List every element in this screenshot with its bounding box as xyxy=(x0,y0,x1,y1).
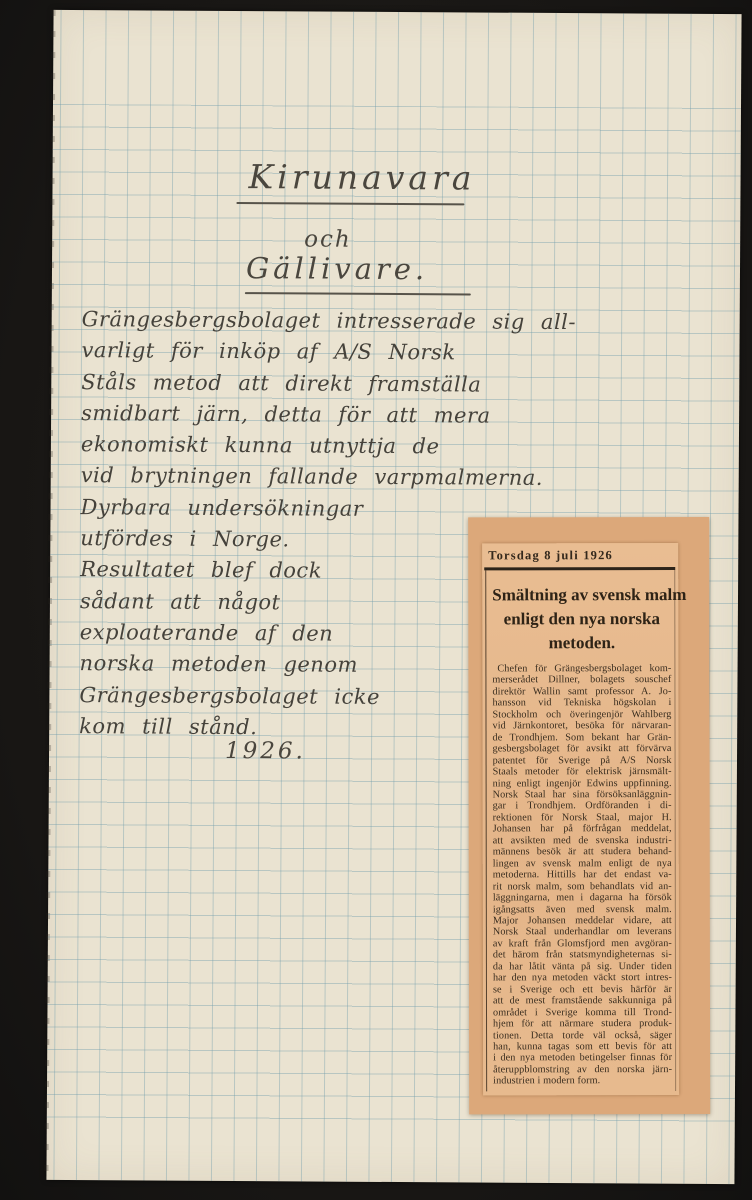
clipping-date: Torsdag 8 juli 1926 xyxy=(488,548,613,563)
body-line: tionen. Detta torde väl också, säger xyxy=(493,1030,672,1042)
body-line: metoderna. Hittills har det endast va- xyxy=(493,869,672,881)
body-line: av kraft från Glomsfjord men avgöran- xyxy=(493,938,672,950)
page-title-place2: Gällivare. xyxy=(246,251,428,286)
page-title-place1: Kirunavara xyxy=(248,157,475,197)
clipping-column: Smältning av svensk malmenligt den nya n… xyxy=(485,570,676,1091)
body-line: att de mest framstående sakkunniga på xyxy=(493,995,672,1007)
clipping-headline: Smältning av svensk malmenligt den nya n… xyxy=(492,583,671,655)
handwritten-year: 1926. xyxy=(225,738,306,764)
body-line: Norsk Staal underhandlar om leverans xyxy=(493,926,672,938)
handwriting-line: Resultatet blef dock xyxy=(80,554,535,588)
handwriting-line: Grängesbergsbolaget icke xyxy=(79,680,534,714)
body-line: männens besök är att studera behand- xyxy=(493,846,672,858)
newsprint-sheet: Torsdag 8 juli 1926 Smältning av svensk … xyxy=(482,543,679,1095)
body-line: gar i Trondhjem. Ordföranden i di- xyxy=(493,800,672,812)
body-line: igångsatts även med svensk malm. xyxy=(493,904,672,916)
body-line: direktör Wallin samt professor A. Jo- xyxy=(492,686,671,698)
body-line: Chefen för Grängesbergsbolaget kom- xyxy=(492,663,671,675)
body-line: Major Johansen meddelar vidare, att xyxy=(493,915,672,927)
body-line: hjem för att närmare studera produk- xyxy=(493,1018,672,1030)
handwriting-line: varligt för inköp af A/S Norsk xyxy=(81,335,536,369)
handwriting-line: vid brytningen fallande varpmalmerna. xyxy=(81,461,536,495)
body-line: rektionen för Norsk Staal, major H. xyxy=(493,812,672,824)
page-title-conjunction: och xyxy=(304,226,352,252)
body-line: se i Sverige och ett bevis härför är xyxy=(493,984,672,996)
body-line: merserådet Dillner, bolagets souschef xyxy=(492,675,671,687)
paper-deckle-edge xyxy=(44,10,55,1180)
title-underline xyxy=(236,202,464,205)
handwriting-line: norska metoden genom xyxy=(79,648,534,682)
handwriting-line: smidbart järn, detta för att mera xyxy=(81,398,536,432)
body-line: det härom från statsmyndigheternas si- xyxy=(493,949,672,961)
headline-line: Smältning av svensk malm xyxy=(492,583,671,607)
body-line: Norsk Staal har sina försöksanläggnin- xyxy=(493,789,672,801)
body-line: Stockholm och överingenjör Wahlberg xyxy=(492,709,671,721)
body-line: industrien i modern form. xyxy=(493,1075,672,1087)
notebook-page: Kirunavara och Gällivare. Grängesbergsbo… xyxy=(46,10,741,1184)
body-line: vid Järnkontoret, besöka för närvaran- xyxy=(493,720,672,732)
body-line: han, kunna tagas som ett bevis för att xyxy=(493,1041,672,1053)
body-line: rit norsk malm, som behandlats vid an- xyxy=(493,881,672,893)
clipping-body: Chefen för Grängesbergsbolaget kom-merse… xyxy=(492,663,672,1087)
body-line: har den nya metoden väckt stort intres- xyxy=(493,972,672,984)
body-line: de Trondhjem. Som bekant har Grän- xyxy=(493,732,672,744)
body-line: da har låtit vänta på sig. Under tiden xyxy=(493,961,672,973)
photo-background: Kirunavara och Gällivare. Grängesbergsbo… xyxy=(0,0,752,1200)
headline-line: enligt den nya norska xyxy=(492,607,671,631)
handwriting-line: ekonomiskt kunna utnyttja de xyxy=(81,429,536,463)
handwriting-line: Ståls metod att direkt framställa xyxy=(81,367,536,401)
body-line: ning enligt ingenjör Edwins uppfinning. xyxy=(493,778,672,790)
body-line: att avsikten med de svenska industri- xyxy=(493,835,672,847)
body-line: området i Sverige komma till Trond- xyxy=(493,1007,672,1019)
title-underline xyxy=(245,292,471,295)
body-line: lingen av svensk malm enligt de nya xyxy=(493,858,672,870)
body-line: Staals metoder för elektrisk järnsmält- xyxy=(493,766,672,778)
handwriting-line: Grängesbergsbolaget intresserade sig all… xyxy=(82,304,537,338)
body-line: patentet för Sverige på A/S Norsk xyxy=(493,755,672,767)
handwriting-line: utfördes i Norge. xyxy=(80,523,535,557)
newspaper-clipping: Torsdag 8 juli 1926 Smältning av svensk … xyxy=(468,517,710,1114)
body-line: läggningarna, men i dagarna ha försök xyxy=(493,892,672,904)
body-line: i den nya metoden betingelser finnas för xyxy=(493,1052,672,1064)
body-line: gesbergsbolaget för avsikt att förvärva xyxy=(493,743,672,755)
body-line: återuppblomstring av den norska järn- xyxy=(493,1064,672,1076)
handwriting-line: kom till stånd. xyxy=(79,711,534,745)
headline-line: metoden. xyxy=(492,631,671,655)
body-line: Johansen har på förfrågan meddelat, xyxy=(493,823,672,835)
handwriting-line: exploaterande af den xyxy=(80,617,535,651)
handwriting-line: sådant att något xyxy=(80,586,535,620)
body-line: hansson vid Tekniska högskolan i xyxy=(492,697,671,709)
